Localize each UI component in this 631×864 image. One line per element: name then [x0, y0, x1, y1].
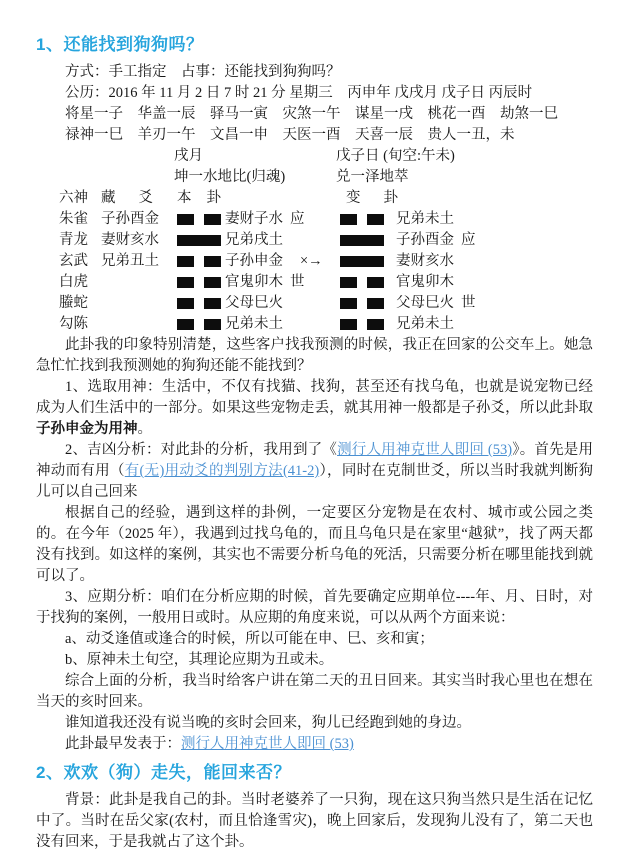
hexagram-row-6: 朱雀 子孙酉金 妻财子水应 兄弟未土	[59, 209, 593, 230]
article-link-53-footer[interactable]: 测行人用神克世人即回 (53)	[181, 736, 354, 752]
changed-yao-text: 子孙酉金应	[396, 230, 476, 251]
paragraph-experience: 根据自己的经验，遇到这样的卦例，一定要区分宠物是在农村、城市或公园之类的。在今年…	[36, 503, 593, 587]
changed-yao-line	[340, 256, 384, 267]
main-yao-text: 兄弟戌土	[225, 230, 300, 251]
section1-title: 1、还能找到狗狗吗？	[36, 33, 593, 57]
header-main-hexagram: 本卦	[177, 188, 346, 209]
hidden-yao-label: 妻财亥水	[101, 230, 177, 251]
changed-yao-text: 父母巳火世	[396, 293, 476, 314]
hexagram-row-2: 螣蛇 父母巳火 父母巳火世	[59, 293, 593, 314]
main-yao-text: 兄弟未土	[225, 314, 300, 335]
hexagram-row-3: 白虎 官鬼卯木世 官鬼卯木	[59, 272, 593, 293]
main-yao-text: 子孙申金	[225, 251, 300, 272]
shi-ying-mark: 世	[461, 295, 476, 311]
header-hidden-yao: 藏爻	[101, 188, 177, 209]
hidden-yao-label: 子孙酉金	[101, 209, 177, 230]
bold-yongshen-term: 子孙申金为用神	[36, 421, 138, 437]
hexagram-row-4: 玄武 兄弟丑土 子孙申金 ×→ 妻财亥水	[59, 251, 593, 272]
changed-yao-text: 兄弟未土	[396, 209, 461, 230]
main-yao-text: 父母巳火	[225, 293, 300, 314]
paragraph-background: 背景：此卦是我自己的卦。当时老婆养了一只狗，现在这只狗当然只是生活在记忆中了。当…	[36, 790, 593, 853]
six-god-label: 玄武	[59, 251, 101, 272]
moving-line-mark: ×→	[300, 251, 340, 272]
main-yao-line	[177, 235, 221, 246]
main-yao-line	[177, 256, 221, 267]
article-link-41-2[interactable]: 有(无)用动爻的判别方法(41-2)	[125, 463, 319, 479]
shi-ying-mark: 应	[290, 211, 305, 227]
main-hexagram-name: 坤一水地比(归魂)	[174, 167, 336, 188]
divination-method-line: 方式：手工指定 占事：还能找到狗狗吗？	[36, 62, 593, 83]
six-god-label: 白虎	[59, 272, 101, 293]
changed-yao-text: 官鬼卯木	[396, 272, 461, 293]
main-yao-line	[177, 277, 221, 288]
changed-yao-line	[340, 319, 384, 330]
month-pillar: 戌月	[174, 146, 336, 167]
solar-date-line: 公历：2016 年 11 月 2 日 7 时 21 分 星期三 丙申年 戊戌月 …	[36, 83, 593, 104]
hexagram-date-row: 戌月 戊子日 (旬空:午未)	[174, 146, 593, 167]
paragraph-impression: 此卦我的印象特别清楚，这些客户找我预测的时候，我正在回家的公交车上。她急急忙忙找…	[36, 335, 593, 377]
six-god-label: 朱雀	[59, 209, 101, 230]
header-changed-hexagram: 变卦	[346, 188, 398, 209]
hidden-yao-label: 兄弟丑土	[101, 251, 177, 272]
main-yao-line	[177, 214, 221, 225]
paragraph-summary: 综合上面的分析，我当时给客户讲在第二天的丑日回来。其实当时我心里也在想在当天的亥…	[36, 671, 593, 713]
article-page: 1、还能找到狗狗吗？ 方式：手工指定 占事：还能找到狗狗吗？ 公历：2016 年…	[0, 0, 631, 853]
changed-yao-text: 兄弟未土	[396, 314, 461, 335]
list-item-a: a、动爻逢值或逢合的时候，所以可能在申、巳、亥和寅；	[36, 629, 593, 650]
changed-hexagram-name: 兑一泽地萃	[336, 167, 409, 188]
section2-title: 2、欢欢（狗）走失，能回来否？	[36, 761, 593, 785]
hexagram-column-headers: 六神 藏爻 本卦 变卦	[59, 188, 593, 209]
day-pillar: 戊子日 (旬空:午未)	[336, 146, 455, 167]
six-god-label: 螣蛇	[59, 293, 101, 314]
shi-ying-mark: 应	[461, 232, 476, 248]
hexagram-chart: 戌月 戊子日 (旬空:午未) 坤一水地比(归魂) 兑一泽地萃 六神 藏爻 本卦 …	[36, 146, 593, 335]
changed-yao-line	[340, 277, 384, 288]
hexagram-row-5: 青龙 妻财亥水 兄弟戌土 子孙酉金应	[59, 230, 593, 251]
changed-yao-line	[340, 235, 384, 246]
shensha-line-1: 将星一子 华盖一辰 驿马一寅 灾煞一午 谋星一戌 桃花一酉 劫煞一巳	[36, 104, 593, 125]
shensha-line-2: 禄神一巳 羊刃一午 文昌一申 天医一酉 天喜一辰 贵人一丑，未	[36, 125, 593, 146]
paragraph-jixiong: 2、吉凶分析：对此卦的分析，我用到了《测行人用神克世人即回 (53)》。首先是用…	[36, 440, 593, 503]
main-yao-text: 官鬼卯木世	[225, 272, 300, 293]
changed-yao-line	[340, 214, 384, 225]
main-yao-text: 妻财子水应	[225, 209, 300, 230]
six-god-label: 勾陈	[59, 314, 101, 335]
changed-yao-line	[340, 298, 384, 309]
main-yao-line	[177, 319, 221, 330]
list-item-b: b、原神未土旬空，其理论应期为丑或未。	[36, 650, 593, 671]
hexagram-name-row: 坤一水地比(归魂) 兑一泽地萃	[174, 167, 593, 188]
changed-yao-text: 妻财亥水	[396, 251, 461, 272]
paragraph-result: 谁知道我还没有说当晚的亥时会回来，狗儿已经跑到她的身边。	[36, 713, 593, 734]
paragraph-yingqi: 3、应期分析：咱们在分析应期的时候，首先要确定应期单位----年、月、日时，对于…	[36, 587, 593, 629]
header-six-gods: 六神	[59, 188, 101, 209]
paragraph-yongshen: 1、选取用神：生活中，不仅有找猫、找狗，甚至还有找乌龟，也就是说宠物已经成为人们…	[36, 377, 593, 440]
paragraph-published: 此卦最早发表于：测行人用神克世人即回 (53)	[36, 734, 593, 755]
six-god-label: 青龙	[59, 230, 101, 251]
article-link-53[interactable]: 测行人用神克世人即回 (53)	[337, 442, 512, 458]
hexagram-row-1: 勾陈 兄弟未土 兄弟未土	[59, 314, 593, 335]
shi-ying-mark: 世	[290, 274, 305, 290]
main-yao-line	[177, 298, 221, 309]
